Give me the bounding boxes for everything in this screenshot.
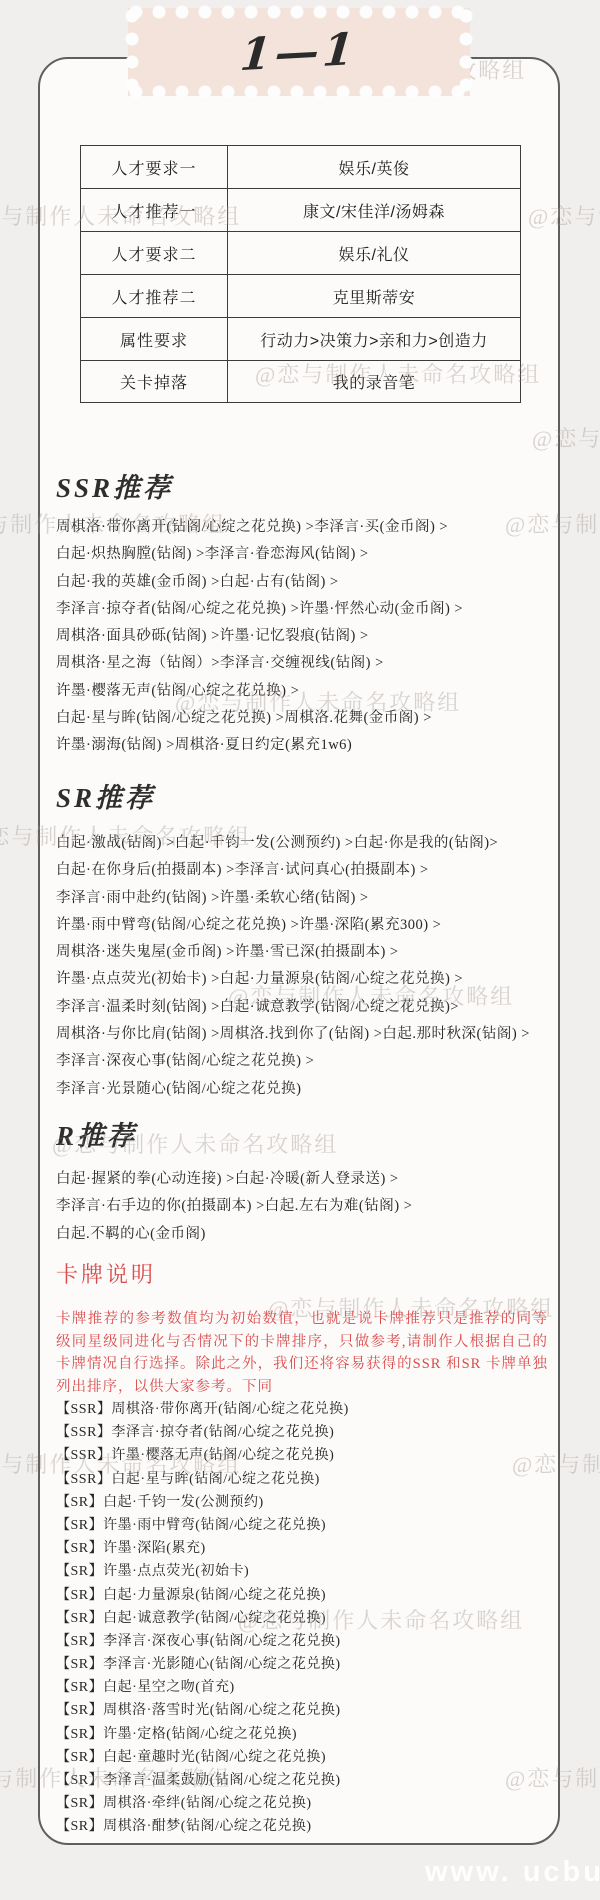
ranking-line: 周棋洛·迷失鬼屋(金币阁) >许墨·雪已深(拍摄副本) > [56, 939, 530, 966]
stage-stamp: 1—1 [128, 8, 470, 96]
table-row-value: 娱乐/英俊 [228, 146, 520, 188]
ranking-line: 李泽言·深夜心事(钻阁/心绽之花兑换) > [56, 1048, 530, 1075]
table-row-value: 娱乐/礼仪 [228, 232, 520, 274]
sr-section-title: SR推荐 [56, 776, 155, 815]
table-row: 人才要求一 娱乐/英俊 [80, 145, 521, 188]
ranking-line: 白起·我的英雄(金币阁) >白起·占有(钻阁) > [56, 569, 463, 596]
watermark: @恋与制作人未命名攻略组 [0, 200, 241, 231]
stamp-perforation-top [125, 4, 473, 20]
ranking-line: 白起·握紧的拳(心动连接) >白起·冷暖(新人登录送) > [56, 1166, 412, 1193]
notes-section-title: 卡牌说明 [56, 1258, 156, 1289]
table-row: 人才要求二 娱乐/礼仪 [80, 231, 521, 274]
card-list-item: 【SR】许墨·雨中臂弯(钻阁/心绽之花兑换) [56, 1514, 349, 1537]
table-row: 人才推荐二 克里斯蒂安 [80, 274, 521, 317]
card-list-item: 【SR】白起·星空之吻(首充) [56, 1676, 349, 1699]
ranking-line: 李泽言·右手边的你(拍摄副本) >白起.左右为难(钻阁) > [56, 1193, 412, 1220]
watermark: @恋与制作人未命名攻略组 [512, 1448, 600, 1479]
watermark: @恋与制作人未命名攻略组 [255, 358, 541, 389]
watermark: @恋与制作人未命名攻略组 [175, 686, 461, 717]
card-list-item: 【SR】李泽言·光影随心(钻阁/心绽之花兑换) [56, 1653, 349, 1676]
guide-page: 1—1 人才要求一 娱乐/英俊 人才推荐一 康文/宋佳洋/汤姆森 人才要求二 娱… [0, 0, 600, 1900]
ssr-ranking-list: 周棋洛·带你离开(钻阁/心绽之花兑换) >李泽言·买(金币阁) >白起·炽热胸膛… [56, 514, 463, 760]
ranking-line: 周棋洛·面具砂砾(钻阁) >许墨·记忆裂痕(钻阁) > [56, 623, 463, 650]
r-ranking-list: 白起·握紧的拳(心动连接) >白起·冷暖(新人登录送) >李泽言·右手边的你(拍… [56, 1166, 412, 1248]
watermark: @恋与制作人未命名攻略组 [268, 1292, 554, 1323]
ranking-line: 李泽言·掠夺者(钻阁/心绽之花兑换) >许墨·怦然心动(金币阁) > [56, 596, 463, 623]
ssr-section-title: SSR推荐 [56, 466, 173, 505]
table-row-value: 康文/宋佳洋/汤姆森 [228, 189, 520, 231]
card-list-item: 【SR】周棋洛·酣梦(钻阁/心绽之花兑换) [56, 1815, 349, 1838]
watermark: @恋与制作人未命名攻略组 [532, 422, 600, 453]
table-row-label: 人才要求二 [81, 232, 228, 274]
watermark: @恋与制作人未命名攻略组 [528, 200, 600, 231]
ranking-line: 李泽言·雨中赴约(钻阁) >许墨·柔软心绪(钻阁) > [56, 885, 530, 912]
ranking-line: 周棋洛·与你比肩(钻阁) >周棋洛.找到你了(钻阁) >白起.那时秋深(钻阁) … [56, 1021, 530, 1048]
site-watermark: www. ucbug. cc [425, 1856, 600, 1889]
watermark: @恋与制作人未命名攻略组 [0, 820, 251, 851]
card-list-item: 【SR】许墨·定格(钻阁/心绽之花兑换) [56, 1723, 349, 1746]
sr-ranking-list: 白起·激战(钻阁) >白起·千钧一发(公测预约) >白起·你是我的(钻阁)>白起… [56, 830, 530, 1103]
card-list-item: 【SSR】周棋洛·带你离开(钻阁/心绽之花兑换) [56, 1398, 349, 1421]
table-row-label: 关卡掉落 [81, 361, 228, 402]
ranking-line: 许墨·雨中臂弯(钻阁/心绽之花兑换) >许墨·深陷(累充300) > [56, 912, 530, 939]
watermark: @恋与制作人未命名攻略组 [228, 980, 514, 1011]
card-list-item: 【SSR】李泽言·掠夺者(钻阁/心绽之花兑换) [56, 1421, 349, 1444]
table-row-value: 克里斯蒂安 [228, 275, 520, 317]
card-list-item: 【SR】周棋洛·牵绊(钻阁/心绽之花兑换) [56, 1792, 349, 1815]
watermark: @恋与制作人未命名攻略组 [238, 1604, 524, 1635]
table-row-label: 人才要求一 [81, 146, 228, 188]
watermark: @恋与制作人未命名攻略组 [0, 1448, 241, 1479]
table-row-label: 人才推荐二 [81, 275, 228, 317]
ranking-line: 周棋洛·星之海（钻阁）>李泽言·交缠视线(钻阁) > [56, 650, 463, 677]
ranking-line: 许墨·溺海(钻阁) >周棋洛·夏日约定(累充1w6) [56, 732, 463, 759]
ranking-line: 白起.不羁的心(金币阁) [56, 1221, 412, 1248]
table-row-value: 行动力>决策力>亲和力>创造力 [228, 318, 520, 360]
watermark: @恋与制作人未命名攻略组 [505, 1762, 600, 1793]
card-list-item: 【SR】周棋洛·落雪时光(钻阁/心绽之花兑换) [56, 1699, 349, 1722]
stamp-perforation-right [458, 5, 474, 99]
ranking-line: 白起·在你身后(拍摄副本) >李泽言·试问真心(拍摄副本) > [56, 857, 530, 884]
watermark: @恋与制作人未命名攻略组 [505, 508, 600, 539]
card-list-item: 【SR】许墨·点点荧光(初始卡) [56, 1560, 349, 1583]
table-row: 属性要求 行动力>决策力>亲和力>创造力 [80, 317, 521, 360]
ranking-line: 白起·炽热胸膛(钻阁) >李泽言·眷恋海风(钻阁) > [56, 541, 463, 568]
card-list-item: 【SR】许墨·深陷(累充) [56, 1537, 349, 1560]
stamp-perforation-left [124, 5, 140, 99]
stamp-perforation-bottom [125, 84, 473, 100]
watermark: @恋与制作人未命名攻略组 [0, 508, 226, 539]
ranking-line: 李泽言·光景随心(钻阁/心绽之花兑换) [56, 1076, 530, 1103]
watermark: @恋与制作人未命名攻略组 [0, 1762, 231, 1793]
card-list-item: 【SR】白起·千钧一发(公测预约) [56, 1491, 349, 1514]
table-row-label: 属性要求 [81, 318, 228, 360]
watermark: @恋与制作人未命名攻略组 [52, 1128, 338, 1159]
